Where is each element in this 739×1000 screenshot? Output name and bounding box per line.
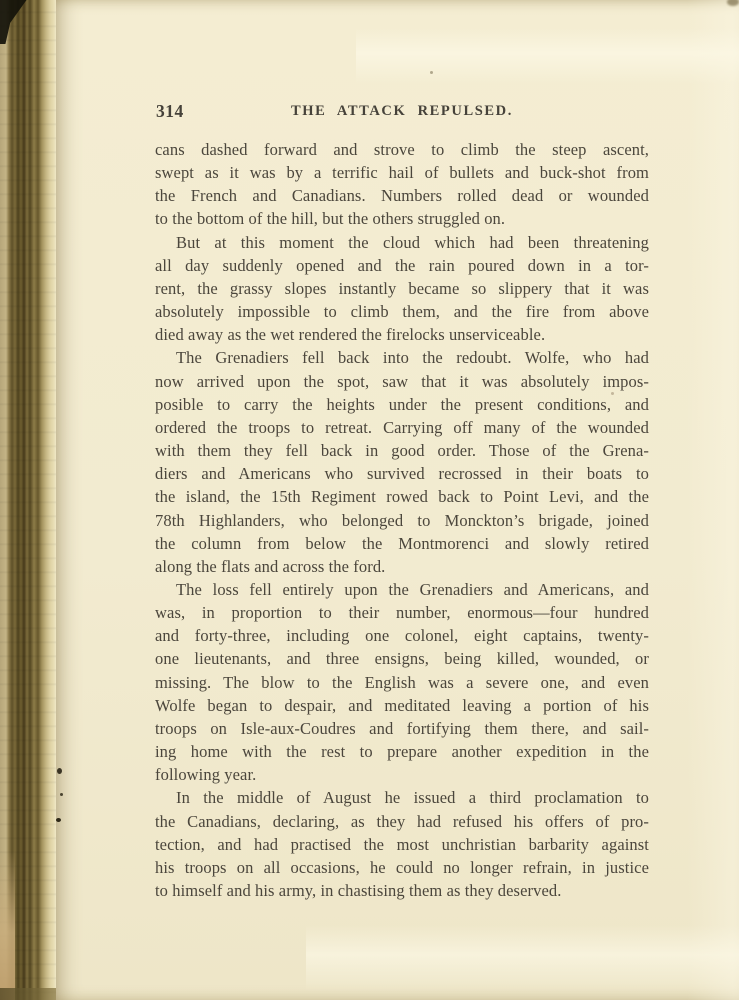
text-line: cans dashed forward and strove to climb … <box>155 138 649 161</box>
running-header: THE ATTACK REPULSED. <box>155 103 649 120</box>
text-line: with them they fell back in good order. … <box>155 439 649 462</box>
text-line: his troops on all occasions, he could no… <box>155 856 649 879</box>
paper-speck <box>57 768 62 774</box>
text-line: The Grenadiers fell back into the redoub… <box>155 346 649 369</box>
text-line: and forty-three, including one colonel, … <box>155 624 649 647</box>
page-header: 314 THE ATTACK REPULSED. <box>155 101 649 123</box>
text-line: the French and Canadians. Numbers rolled… <box>155 184 649 207</box>
text-line: swept as it was by a terrific hail of bu… <box>155 161 649 184</box>
scan-light-band <box>687 0 739 1000</box>
paragraph: In the middle of August he issued a thir… <box>155 786 649 902</box>
text-line: the column from below the Montmorenci an… <box>155 532 649 555</box>
text-line: ordered the troops to retreat. Carrying … <box>155 416 649 439</box>
text-line: The loss fell entirely upon the Grenadie… <box>155 578 649 601</box>
text-line: along the flats and across the ford. <box>155 555 649 578</box>
paper-speck <box>56 818 61 822</box>
text-line: all day suddenly opened and the rain pou… <box>155 254 649 277</box>
text-line: to the bottom of the hill, but the other… <box>155 207 649 230</box>
paper-speck <box>60 793 63 796</box>
book-edge-bottom-tint <box>0 850 15 1000</box>
text-line: to himself and his army, in chastising t… <box>155 879 649 902</box>
text-body: cans dashed forward and strove to climb … <box>155 138 649 902</box>
text-line: ing home with the rest to prepare anothe… <box>155 740 649 763</box>
text-line: tection, and had practised the most unch… <box>155 833 649 856</box>
text-line: the island, the 15th Regiment rowed back… <box>155 485 649 508</box>
text-line: one lieutenants, and three ensigns, bein… <box>155 647 649 670</box>
paragraph: The loss fell entirely upon the Grenadie… <box>155 578 649 786</box>
scanned-book-page: 314 THE ATTACK REPULSED. cans dashed for… <box>0 0 739 1000</box>
paragraph: The Grenadiers fell back into the redoub… <box>155 346 649 578</box>
print-area: 314 THE ATTACK REPULSED. cans dashed for… <box>155 0 649 1000</box>
paragraph: But at this moment the cloud which had b… <box>155 231 649 347</box>
text-line: In the middle of August he issued a thir… <box>155 786 649 809</box>
text-line: following year. <box>155 763 649 786</box>
text-line: 78th Highlanders, who belonged to Monckt… <box>155 509 649 532</box>
page-paper: 314 THE ATTACK REPULSED. cans dashed for… <box>56 0 739 1000</box>
book-edge-dark-corner <box>0 0 34 44</box>
text-line: now arrived upon the spot, saw that it w… <box>155 370 649 393</box>
text-line: diers and Americans who survived recross… <box>155 462 649 485</box>
paper-smudge <box>727 0 739 6</box>
paragraph: cans dashed forward and strove to climb … <box>155 138 649 231</box>
book-page-edges <box>0 0 56 1000</box>
text-line: posible to carry the heights under the p… <box>155 393 649 416</box>
text-line: absolutely impossible to climb them, and… <box>155 300 649 323</box>
text-line: the Canadians, declaring, as they had re… <box>155 810 649 833</box>
text-line: But at this moment the cloud which had b… <box>155 231 649 254</box>
text-line: troops on Isle-aux-Coudres and fortifyin… <box>155 717 649 740</box>
text-line: Wolfe began to despair, and meditated le… <box>155 694 649 717</box>
text-line: missing. The blow to the English was a s… <box>155 671 649 694</box>
text-line: died away as the wet rendered the firelo… <box>155 323 649 346</box>
text-line: rent, the grassy slopes instantly became… <box>155 277 649 300</box>
text-line: was, in proportion to their number, enor… <box>155 601 649 624</box>
